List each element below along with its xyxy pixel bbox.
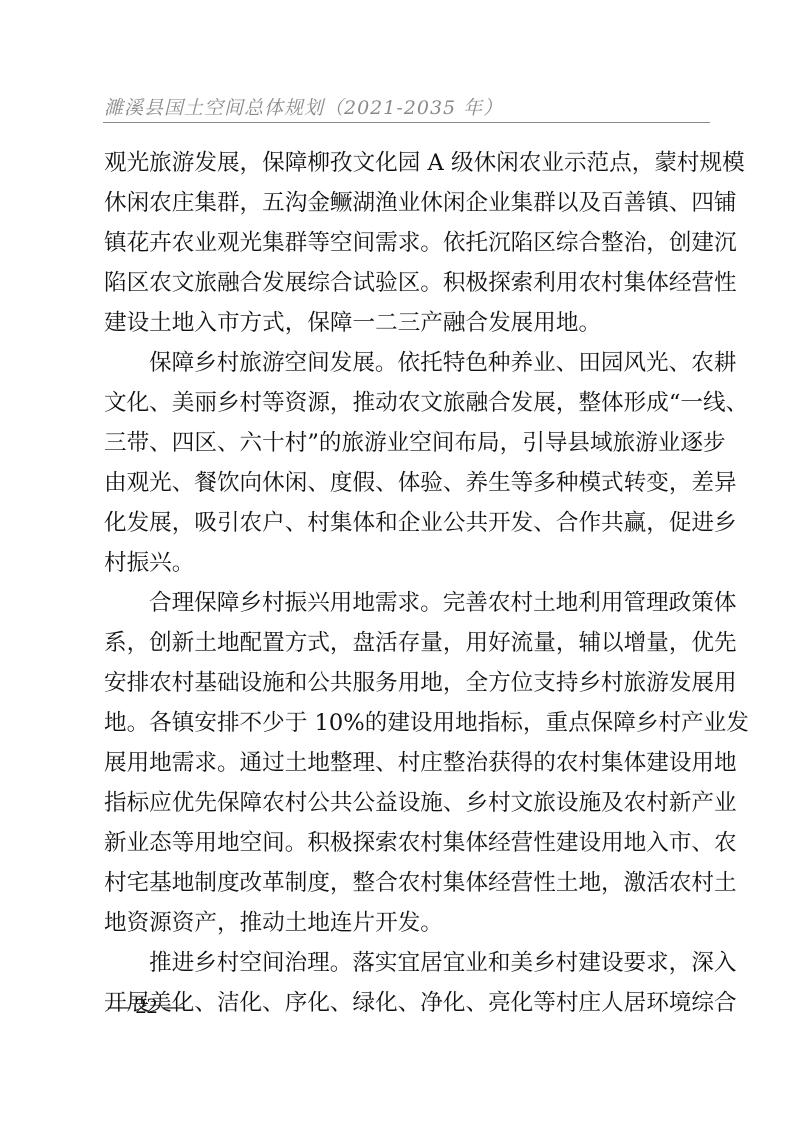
text-line: 开展美化、洁化、序化、绿化、净化、亮化等村庄人居环境综合 <box>104 983 710 1023</box>
text-line: 保障乡村旅游空间发展。依托特色种养业、田园风光、农耕 <box>104 343 710 383</box>
header-divider <box>103 122 710 123</box>
paragraph: 保障乡村旅游空间发展。依托特色种养业、田园风光、农耕 文化、美丽乡村等资源，推动… <box>104 343 710 583</box>
text-line: 村振兴。 <box>104 543 710 583</box>
text-line: 由观光、餐饮向休闲、度假、体验、养生等多种模式转变，差异 <box>104 463 710 503</box>
text-line: 陷区农文旅融合发展综合试验区。积极探索利用农村集体经营性 <box>104 263 710 303</box>
text-line: 观光旅游发展，保障柳孜文化园 A 级休闲农业示范点，蒙村规模 <box>104 143 710 183</box>
text-line: 安排农村基础设施和公共服务用地，全方位支持乡村旅游发展用 <box>104 663 710 703</box>
text-line: 推进乡村空间治理。落实宜居宜业和美乡村建设要求，深入 <box>104 943 710 983</box>
text-line: 合理保障乡村振兴用地需求。完善农村土地利用管理政策体 <box>104 583 710 623</box>
document-body: 观光旅游发展，保障柳孜文化园 A 级休闲农业示范点，蒙村规模 休闲农庄集群，五沟… <box>104 143 710 1023</box>
page-number: — 22 — <box>108 993 185 1019</box>
text-line: 指标应优先保障农村公共公益设施、乡村文旅设施及农村新产业 <box>104 783 710 823</box>
text-line: 建设土地入市方式，保障一二三产融合发展用地。 <box>104 303 710 343</box>
running-header: 濉溪县国土空间总体规划（2021-2035 年） <box>104 93 709 120</box>
paragraph: 合理保障乡村振兴用地需求。完善农村土地利用管理政策体 系，创新土地配置方式，盘活… <box>104 583 710 943</box>
text-line: 系，创新土地配置方式，盘活存量，用好流量，辅以增量，优先 <box>104 623 710 663</box>
text-line: 新业态等用地空间。积极探索农村集体经营性建设用地入市、农 <box>104 823 710 863</box>
text-line: 展用地需求。通过土地整理、村庄整治获得的农村集体建设用地 <box>104 743 710 783</box>
text-line: 地资源资产，推动土地连片开发。 <box>104 903 710 943</box>
text-line: 镇花卉农业观光集群等空间需求。依托沉陷区综合整治，创建沉 <box>104 223 710 263</box>
paragraph: 推进乡村空间治理。落实宜居宜业和美乡村建设要求，深入 开展美化、洁化、序化、绿化… <box>104 943 710 1023</box>
text-line: 化发展，吸引农户、村集体和企业公共开发、合作共赢，促进乡 <box>104 503 710 543</box>
text-line: 休闲农庄集群，五沟金鳜湖渔业休闲企业集群以及百善镇、四铺 <box>104 183 710 223</box>
text-line: 文化、美丽乡村等资源，推动农文旅融合发展，整体形成“一线、 <box>104 383 710 423</box>
text-line: 地。各镇安排不少于 10%的建设用地指标，重点保障乡村产业发 <box>104 703 710 743</box>
text-line: 村宅基地制度改革制度，整合农村集体经营性土地，激活农村土 <box>104 863 710 903</box>
paragraph: 观光旅游发展，保障柳孜文化园 A 级休闲农业示范点，蒙村规模 休闲农庄集群，五沟… <box>104 143 710 343</box>
text-line: 三带、四区、六十村”的旅游业空间布局，引导县域旅游业逐步 <box>104 423 710 463</box>
